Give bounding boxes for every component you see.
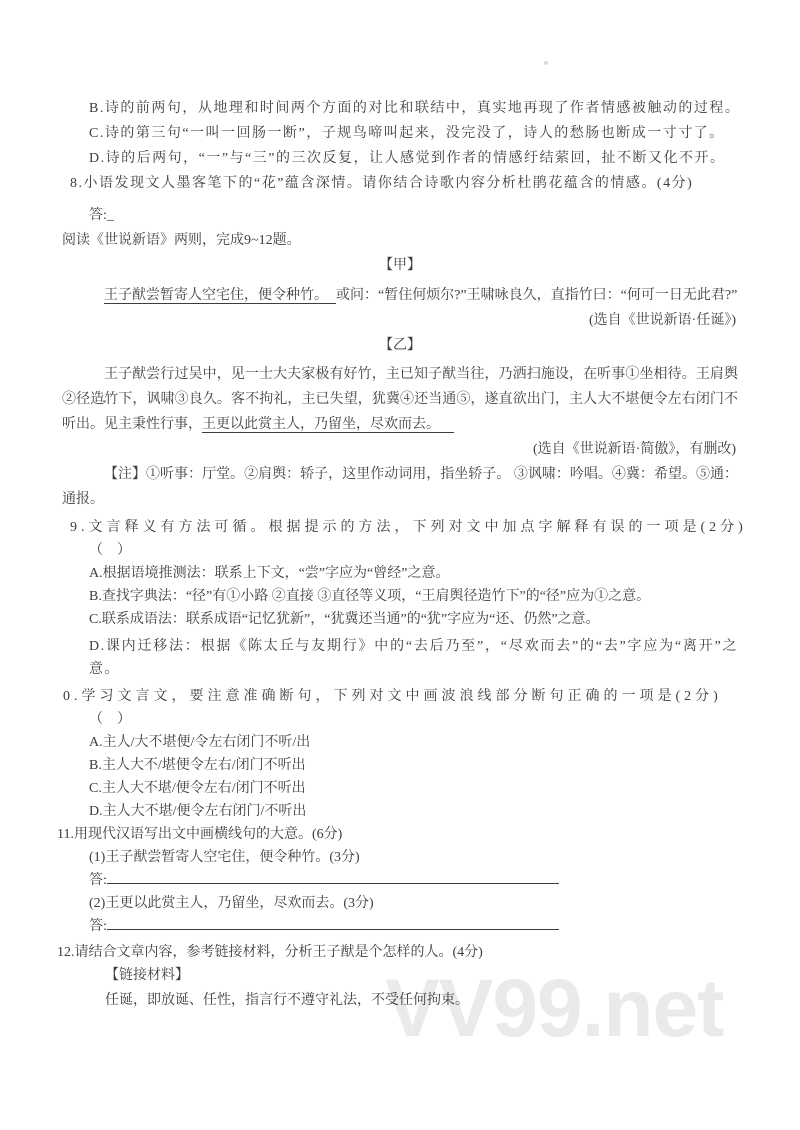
- q11-sub-1: (1)王子猷尝暂寄人空宅住，便令种竹。(3分): [0, 846, 800, 869]
- q9-answer-paren: （ ）: [0, 539, 800, 562]
- passage-notes: 【注】①听事：厅堂。②肩舆：轿子，这里作动词用，指坐轿子。 ③讽啸：吟唱。④冀：…: [62, 462, 738, 512]
- q11-answer-label-2: 答:: [89, 919, 107, 934]
- q11-answer-blank-1: [107, 879, 559, 884]
- passage-yi-text: 王子猷尝行过吴中，见一士大夫家极有好竹，主已知子猷当往，乃洒扫施设，在听事①坐相…: [62, 362, 738, 437]
- q8-answer-blank: 答:_: [0, 203, 800, 228]
- q10-option-d: D.主人大不堪/便令左右闭门/不听出: [0, 800, 800, 823]
- reading-instruction: 阅读《世说新语》两则，完成9~12题。: [0, 228, 800, 253]
- question-10: 0.学习文言文，要注意准确断句，下列对文中画波浪线部分断句正确的一项是(2分): [0, 685, 800, 708]
- passage-jia-source: (选自《世说新语·任诞》): [0, 308, 800, 333]
- q11-sub-2: (2)王更以此赏主人，乃留坐，尽欢而去。(3分): [0, 892, 800, 915]
- poem-option-d: D.诗的后两句，“一”与“三”的三次反复，让人感觉到作者的情感纡结萦回，扯不断又…: [0, 146, 800, 171]
- passage-jia-heading: 【甲】: [0, 253, 800, 278]
- link-material-text: 任诞，即放诞、任性，指言行不遵守礼法，不受任何拘束。: [0, 989, 800, 1012]
- passage-yi-underlined-sentence: 王更以此赏主人，乃留坐，尽欢而去。: [202, 417, 454, 433]
- question-8: 8.小语发现文人墨客笔下的“花”蕴含深情。请你结合诗歌内容分析杜鹃花蕴含的情感。…: [0, 171, 800, 196]
- question-9: 9.文言释义有方法可循。根据提示的方法，下列对文中加点字解释有误的一项是(2分): [0, 516, 800, 539]
- scan-artifact-dot: [544, 61, 548, 65]
- q9-option-d: D.课内迁移法：根据《陈太丘与友期行》中的“去后乃至”，“尽欢而去”的“去”字应…: [0, 635, 800, 681]
- q11-answer-row-2: 答:: [0, 915, 800, 938]
- q11-answer-label-1: 答:: [89, 873, 107, 888]
- q9-option-c: C.联系成语法：联系成语“记忆犹新”，“犹冀还当通”的“犹”字应为“还、仍然”之…: [0, 608, 800, 631]
- q10-option-b: B.主人大不/堪便令左右/闭门不听出: [0, 754, 800, 777]
- q9-option-b: B.查找字典法：“径”有①小路 ②直接 ③直径等义项，“王肩舆径造竹下”的“径”…: [0, 585, 800, 608]
- q11-answer-blank-2: [107, 925, 559, 930]
- link-material-heading: 【链接材料】: [0, 964, 800, 987]
- poem-option-c: C.诗的第三句“一叫一回肠一断”，子规鸟啼叫起来，没完没了，诗人的愁肠也断成一寸…: [0, 121, 800, 146]
- q10-answer-paren: （ ）: [0, 708, 800, 731]
- exam-page: VV99.net B.诗的前两句，从地理和时间两个方面的对比和联结中，真实地再现…: [0, 0, 800, 1130]
- passage-yi-source: (选自《世说新语·简傲》，有删改): [0, 437, 800, 462]
- poem-option-b: B.诗的前两句，从地理和时间两个方面的对比和联结中，真实地再现了作者情感被触动的…: [0, 96, 800, 121]
- passage-yi-heading: 【乙】: [0, 333, 800, 358]
- q10-option-a: A.主人/大不堪便/令左右闭门不听/出: [0, 731, 800, 754]
- q11-answer-row-1: 答:: [0, 869, 800, 892]
- question-12: 12.请结合文章内容，参考链接材料，分析王子猷是个怎样的人。(4分): [0, 941, 800, 964]
- question-11: 11.用现代汉语写出文中画横线句的大意。(6分): [0, 823, 800, 846]
- q9-option-a: A.根据语境推测法：联系上下文，“尝”字应为“曾经”之意。: [0, 562, 800, 585]
- scan-artifact-dot: [103, 400, 106, 403]
- q10-option-c: C.主人大不堪/便令左右/闭门不听出: [0, 777, 800, 800]
- passage-jia-text: 王子猷尝暂寄人空宅住，便令种竹。或问：“暂住何烦尔?”王啸咏良久，直指竹曰：“何…: [62, 283, 738, 308]
- passage-jia-underlined-sentence: 王子猷尝暂寄人空宅住，便令种竹。: [104, 288, 336, 304]
- passage-jia-rest: 或问：“暂住何烦尔?”王啸咏良久，直指竹曰：“何可一日无此君?”: [336, 288, 737, 303]
